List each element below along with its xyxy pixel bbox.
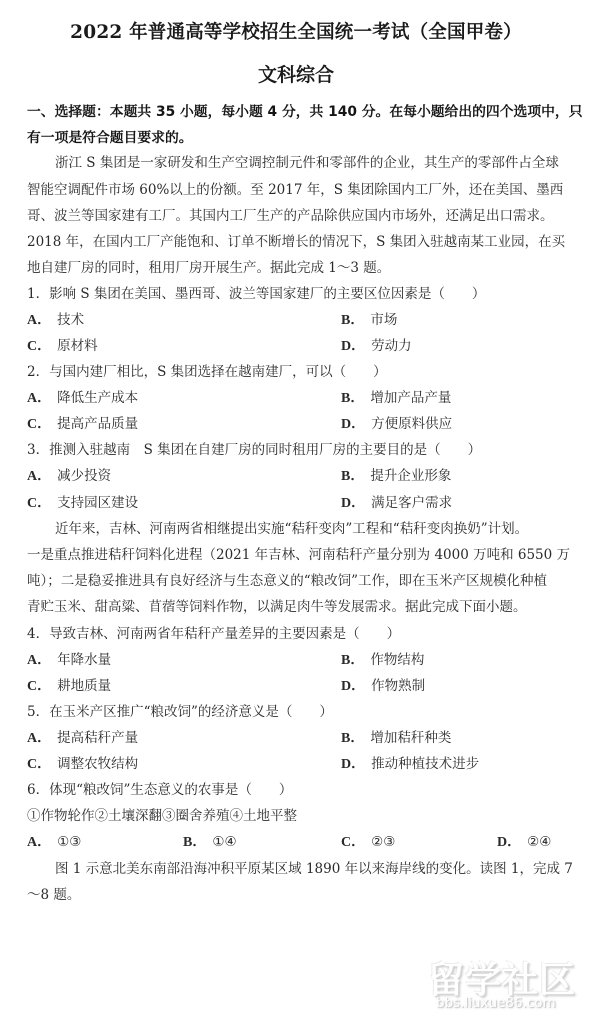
option-text: 耕地质量 bbox=[57, 678, 111, 694]
question-5-option-c: C．调整农牧结构 bbox=[27, 755, 138, 774]
option-text: ①④ bbox=[212, 834, 236, 850]
question-1-option-a: A．技术 bbox=[27, 311, 84, 330]
question-5-option-b: B．增加秸秆种类 bbox=[341, 729, 451, 748]
question-5-option-a: A．提高秸秆产量 bbox=[27, 729, 138, 748]
option-text: 推动种植技术进步 bbox=[371, 756, 479, 772]
question-2-option-c: C．提高产品质量 bbox=[27, 415, 138, 434]
question-5-stem: 5．在玉米产区推广“粮改饲”的经济意义是（ ） bbox=[27, 703, 572, 721]
option-text: ②④ bbox=[527, 834, 551, 850]
option-letter: C． bbox=[27, 679, 51, 694]
passage1-line: 智能空调配件市场 60%以上的份额。至 2017 年，S 集团除国内工厂外，还在… bbox=[27, 181, 572, 199]
option-text: ②③ bbox=[371, 834, 395, 850]
question-4-option-a: A．年降水量 bbox=[27, 651, 111, 670]
option-text: 市场 bbox=[370, 312, 397, 328]
option-text: 年降水量 bbox=[57, 652, 111, 668]
option-letter: D． bbox=[341, 757, 365, 772]
question-3-option-a: A．减少投资 bbox=[27, 467, 111, 486]
option-letter: B． bbox=[341, 653, 364, 668]
passage1-line: 地自建厂房的同时，租用厂房开展生产。据此完成 1～3 题。 bbox=[27, 259, 572, 277]
option-text: 方便原料供应 bbox=[371, 416, 452, 432]
option-letter: A． bbox=[27, 653, 51, 668]
watermark-url: bbs.liuxue86.com bbox=[436, 995, 556, 1011]
question-2-option-b: B．增加产品产量 bbox=[341, 389, 451, 408]
question-4-option-b: B．作物结构 bbox=[341, 651, 424, 670]
option-text: 调整农牧结构 bbox=[57, 756, 138, 772]
option-letter: A． bbox=[27, 835, 51, 850]
option-letter: C． bbox=[27, 496, 51, 511]
option-text: 技术 bbox=[57, 312, 84, 328]
section-instructions-line-1: 一、选择题：本题共 35 小题，每小题 4 分，共 140 分。在每小题给出的四… bbox=[27, 103, 572, 121]
question-4-stem: 4．导致吉林、河南两省年秸秆产量差异的主要因素是（ ） bbox=[27, 625, 572, 643]
option-letter: C． bbox=[27, 339, 51, 354]
option-letter: B． bbox=[183, 835, 206, 850]
watermark-logo: 留学社区 bbs.liuxue86.com bbox=[428, 952, 588, 1014]
question-3-option-c: C．支持园区建设 bbox=[27, 494, 138, 513]
question-3-stem: 3．推测入驻越南 S 集团在自建厂房的同时租用厂房的主要目的是（ ） bbox=[27, 441, 572, 459]
option-text: 支持园区建设 bbox=[57, 495, 138, 511]
option-letter: A． bbox=[27, 731, 51, 746]
option-text: 满足客户需求 bbox=[371, 495, 452, 511]
option-text: 降低生产成本 bbox=[57, 390, 138, 406]
option-letter: A． bbox=[27, 391, 51, 406]
passage3-line: 图 1 示意北美东南部沿海冲积平原某区域 1890 年以来海岸线的变化。读图 1… bbox=[55, 860, 592, 878]
option-text: 减少投资 bbox=[57, 468, 111, 484]
question-4-option-d: D．作物熟制 bbox=[341, 677, 425, 696]
option-letter: B． bbox=[341, 469, 364, 484]
question-1-option-b: B．市场 bbox=[341, 311, 397, 330]
passage2-line: 吨）；二是稳妥推进具有良好经济与生态意义的“粮改饲”工作，即在玉米产区规模化种植 bbox=[27, 572, 572, 590]
question-6-stem: 6．体现“粮改饲”生态意义的农事是（ ） bbox=[27, 781, 572, 799]
option-letter: D． bbox=[497, 835, 521, 850]
question-2-option-d: D．方便原料供应 bbox=[341, 415, 452, 434]
option-text: 增加产品产量 bbox=[370, 390, 451, 406]
option-letter: B． bbox=[341, 391, 364, 406]
exam-page: 2022 年普通高等学校招生全国统一考试（全国甲卷） 文科综合 一、选择题：本题… bbox=[0, 0, 592, 1021]
passage1-line: 哥、波兰等国家建有工厂。其国内工厂生产的产品除供应国内市场外，还满足出口需求。 bbox=[27, 207, 572, 225]
option-letter: C． bbox=[27, 417, 51, 432]
option-text: 提升企业形象 bbox=[370, 468, 451, 484]
passage1-line: 浙江 S 集团是一家研发和生产空调控制元件和零部件的企业，其生产的零部件占全球 bbox=[55, 154, 592, 172]
passage2-line: 一是重点推进秸秆饲料化进程（2021 年吉林、河南秸秆产量分别为 4000 万吨… bbox=[27, 546, 572, 564]
question-6-option-c: C．②③ bbox=[341, 833, 395, 852]
question-3-option-b: B．提升企业形象 bbox=[341, 467, 451, 486]
option-text: 劳动力 bbox=[371, 338, 412, 354]
option-letter: D． bbox=[341, 496, 365, 511]
passage2-line: 青贮玉米、甜高粱、苜蓿等饲料作物，以满足肉牛等发展需求。据此完成下面小题。 bbox=[27, 598, 572, 616]
option-text: 作物结构 bbox=[370, 652, 424, 668]
section-instructions-line-2: 有一项是符合题目要求的。 bbox=[27, 129, 572, 147]
question-1-option-c: C．原材料 bbox=[27, 337, 98, 356]
option-letter: B． bbox=[341, 731, 364, 746]
option-text: 提高产品质量 bbox=[57, 416, 138, 432]
option-text: 作物熟制 bbox=[371, 678, 425, 694]
option-letter: C． bbox=[341, 835, 365, 850]
option-text: 增加秸秆种类 bbox=[370, 730, 451, 746]
option-text: 原材料 bbox=[57, 338, 98, 354]
question-3-option-d: D．满足客户需求 bbox=[341, 494, 452, 513]
question-1-stem: 1．影响 S 集团在美国、墨西哥、波兰等国家建厂的主要区位因素是（ ） bbox=[27, 285, 572, 303]
option-text: ①③ bbox=[57, 834, 81, 850]
question-6-option-a: A．①③ bbox=[27, 833, 81, 852]
passage1-line: 2018 年，在国内工厂产能饱和、订单不断增长的情况下，S 集团入驻越南某工业园… bbox=[27, 233, 572, 251]
question-2-stem: 2．与国内建厂相比，S 集团选择在越南建厂，可以（ ） bbox=[27, 363, 572, 381]
question-6-items: ①作物轮作②土壤深翻③圈舍养殖④土地平整 bbox=[27, 807, 572, 825]
question-6-option-d: D．②④ bbox=[497, 833, 551, 852]
option-text: 提高秸秆产量 bbox=[57, 730, 138, 746]
option-letter: D． bbox=[341, 417, 365, 432]
passage3-line: ～8 题。 bbox=[27, 886, 572, 904]
exam-subtitle: 文科综合 bbox=[0, 60, 592, 87]
option-letter: A． bbox=[27, 313, 51, 328]
option-letter: C． bbox=[27, 757, 51, 772]
question-6-option-b: B．①④ bbox=[183, 833, 237, 852]
question-4-option-c: C．耕地质量 bbox=[27, 677, 111, 696]
option-letter: D． bbox=[341, 339, 365, 354]
question-5-option-d: D．推动种植技术进步 bbox=[341, 755, 479, 774]
exam-title: 2022 年普通高等学校招生全国统一考试（全国甲卷） bbox=[0, 18, 592, 44]
question-1-option-d: D．劳动力 bbox=[341, 337, 412, 356]
question-2-option-a: A．降低生产成本 bbox=[27, 389, 138, 408]
option-letter: B． bbox=[341, 313, 364, 328]
passage2-line: 近年来，吉林、河南两省相继提出实施“秸秆变肉”工程和“秸秆变肉换奶”计划。 bbox=[55, 520, 592, 538]
option-letter: D． bbox=[341, 679, 365, 694]
option-letter: A． bbox=[27, 469, 51, 484]
